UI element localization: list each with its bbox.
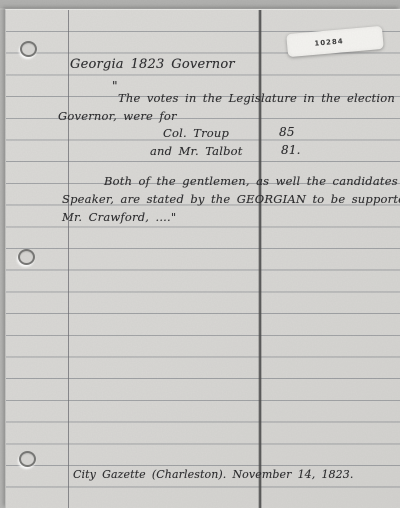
vote-row-count: 85 (279, 125, 295, 139)
body-line-1: Both of the gentlemen, as well the candi… (104, 174, 400, 188)
vote-row-name: and Mr. Talbot (150, 144, 243, 158)
quote-line-1: The votes in the Legislature in the elec… (118, 91, 400, 105)
body-line-3: Mr. Crawford, ...." (62, 210, 176, 224)
quote-line-2: Governor, were for (58, 109, 177, 123)
body-line-2: Speaker, are stated by the GEORGIAN to b… (62, 192, 400, 206)
open-quote-mark: " (112, 79, 118, 93)
margin-line (68, 10, 69, 508)
vote-row-count: 81. (281, 143, 301, 157)
punch-hole-bottom (19, 451, 36, 467)
punch-hole-middle (18, 249, 35, 265)
citation: City Gazette (Charleston). November 14, … (73, 468, 353, 481)
notebook-paper: 10284 Georgia 1823 Governor " The votes … (5, 9, 400, 508)
scanned-notebook-page: 10284 Georgia 1823 Governor " The votes … (0, 0, 400, 508)
page-title: Georgia 1823 Governor (70, 57, 235, 72)
binding-crease-line (258, 10, 262, 508)
punch-hole-top (20, 41, 37, 57)
catalog-number: 10284 (314, 37, 344, 48)
vote-row-name: Col. Troup (163, 126, 229, 140)
